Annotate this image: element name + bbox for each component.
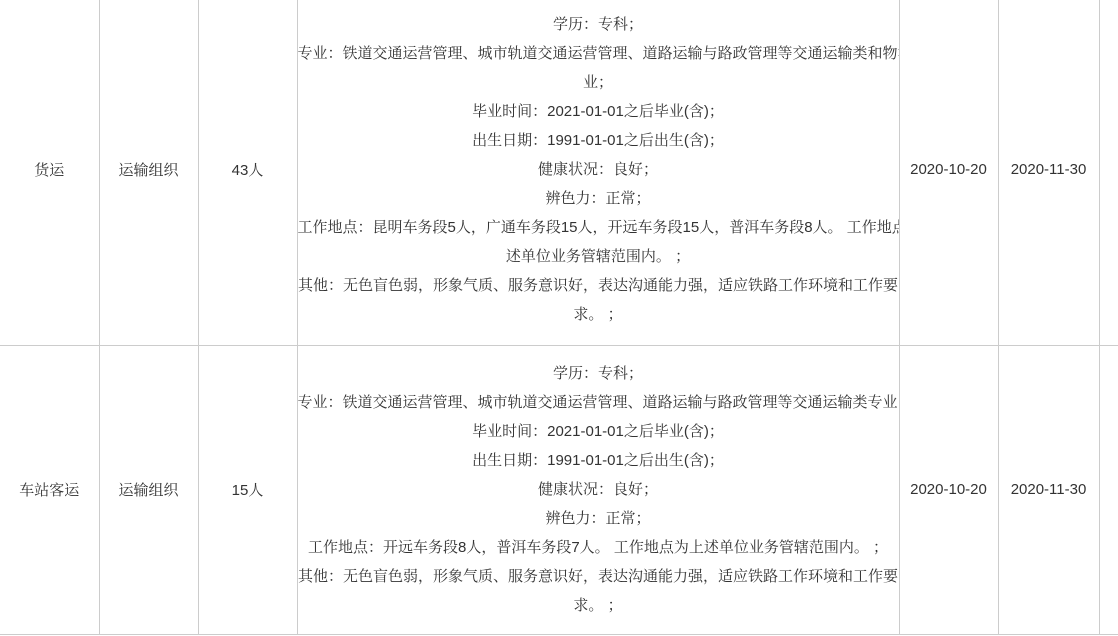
requirement-line: 毕业时间：2021-01-01之后毕业(含)； — [298, 97, 899, 126]
requirement-line: 工作地点：昆明车务段5人，广通车务段15人，开远车务段15人，普洱车务段8人。 … — [298, 213, 899, 242]
requirements-cell: 学历：专科； 专业：铁道交通运营管理、城市轨道交通运营管理、道路运输与路政管理等… — [297, 345, 899, 634]
end-date-cell: 2020-11-30 — [998, 345, 1099, 634]
category-cell: 运输组织 — [99, 0, 198, 345]
requirement-line: 专业：铁道交通运营管理、城市轨道交通运营管理、道路运输与路政管理等交通运输类和物… — [298, 39, 899, 68]
end-date-cell: 2020-11-30 — [998, 0, 1099, 345]
requirement-line: 专业：铁道交通运营管理、城市轨道交通运营管理、道路运输与路政管理等交通运输类专业… — [298, 388, 899, 417]
requirement-line: 出生日期：1991-01-01之后出生(含)； — [298, 126, 899, 155]
empty-cell — [1099, 0, 1118, 345]
requirement-line: 健康状况：良好； — [298, 155, 899, 184]
requirement-line: 述单位业务管辖范围内。 ； — [298, 242, 899, 271]
requirements-cell: 学历：专科； 专业：铁道交通运营管理、城市轨道交通运营管理、道路运输与路政管理等… — [297, 0, 899, 345]
table-row: 货运 运输组织 43人 学历：专科； 专业：铁道交通运营管理、城市轨道交通运营管… — [0, 0, 1118, 345]
requirement-line: 求。 ； — [298, 591, 899, 620]
empty-cell — [1099, 345, 1118, 634]
headcount-cell: 15人 — [198, 345, 297, 634]
requirement-line: 其他：无色盲色弱，形象气质、服务意识好，表达沟通能力强，适应铁路工作环境和工作要 — [298, 271, 899, 300]
requirement-line: 工作地点：开远车务段8人，普洱车务段7人。 工作地点为上述单位业务管辖范围内。 … — [298, 533, 899, 562]
requirement-line: 辨色力：正常； — [298, 504, 899, 533]
job-name-cell: 货运 — [0, 0, 99, 345]
start-date-cell: 2020-10-20 — [899, 0, 998, 345]
requirement-line: 毕业时间：2021-01-01之后毕业(含)； — [298, 417, 899, 446]
requirement-line: 求。 ； — [298, 300, 899, 329]
start-date-cell: 2020-10-20 — [899, 345, 998, 634]
requirement-line: 其他：无色盲色弱，形象气质、服务意识好，表达沟通能力强，适应铁路工作环境和工作要 — [298, 562, 899, 591]
category-cell: 运输组织 — [99, 345, 198, 634]
requirement-line: 辨色力：正常； — [298, 184, 899, 213]
job-name-cell: 车站客运 — [0, 345, 99, 634]
recruitment-table: 货运 运输组织 43人 学历：专科； 专业：铁道交通运营管理、城市轨道交通运营管… — [0, 0, 1118, 635]
recruitment-table-page: 货运 运输组织 43人 学历：专科； 专业：铁道交通运营管理、城市轨道交通运营管… — [0, 0, 1118, 636]
headcount-cell: 43人 — [198, 0, 297, 345]
requirement-line: 业； — [298, 68, 899, 97]
requirement-line: 出生日期：1991-01-01之后出生(含)； — [298, 446, 899, 475]
requirement-line: 学历：专科； — [298, 359, 899, 388]
table-row: 车站客运 运输组织 15人 学历：专科； 专业：铁道交通运营管理、城市轨道交通运… — [0, 345, 1118, 634]
requirement-line: 健康状况：良好； — [298, 475, 899, 504]
requirement-line: 学历：专科； — [298, 10, 899, 39]
